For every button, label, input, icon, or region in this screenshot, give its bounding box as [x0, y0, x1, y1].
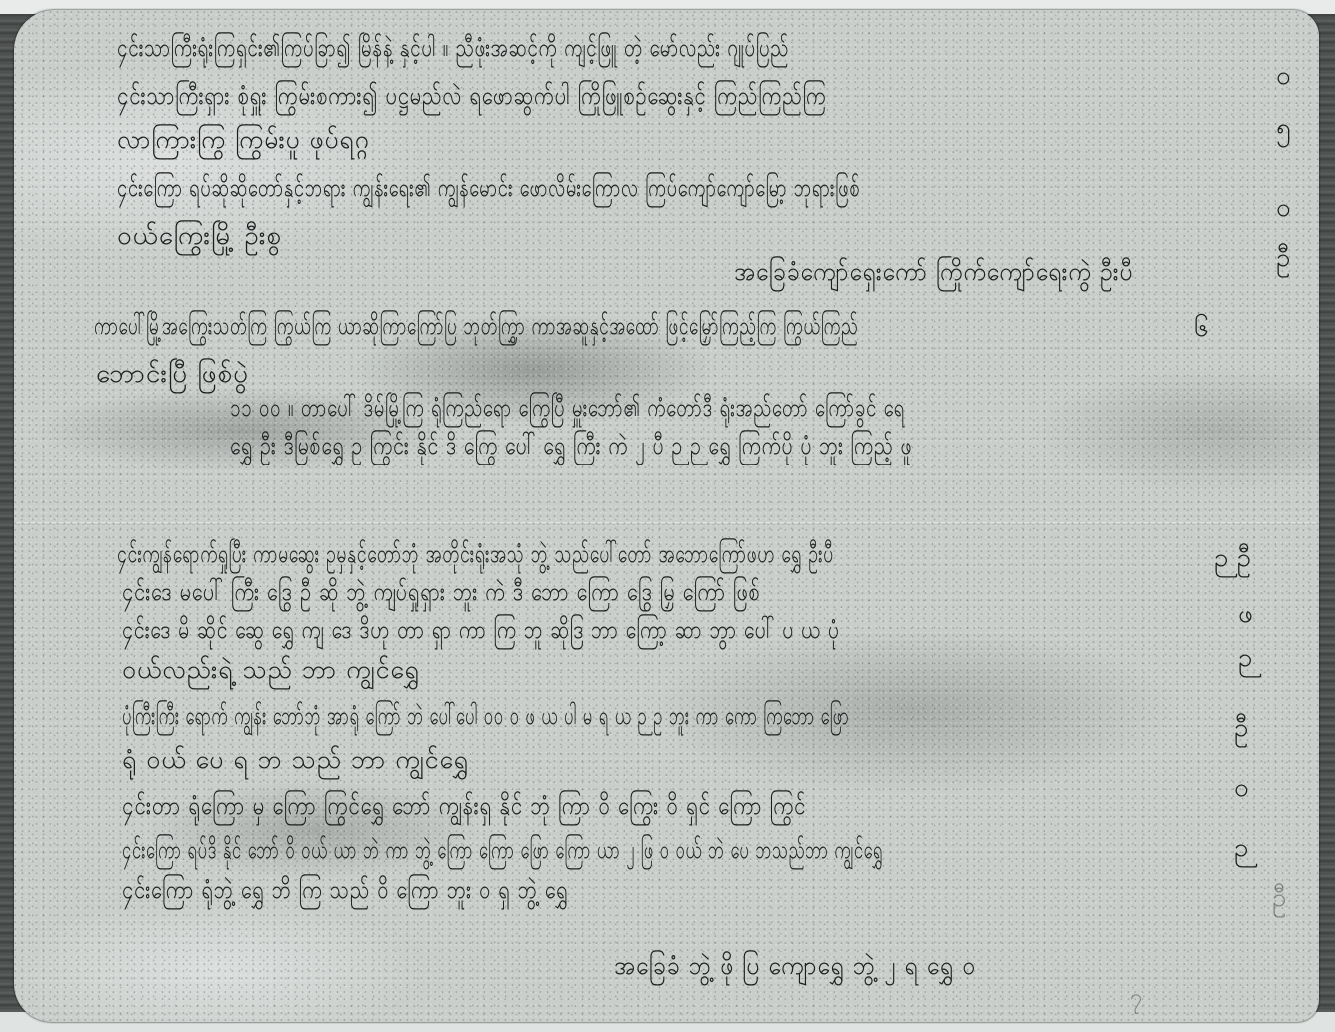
lower-line-5: ပုံကြီးကြီး ရောက် ကျွန်း ဘော်ဘုံ အာရုံ က… — [122, 700, 850, 737]
upper-line-7: ကာပေါ်မြို့အကြွေးသတ်ကြ ကြွယ်ကြ ယာဆိုကြာက… — [94, 308, 858, 347]
lower-line-7: ၄င်းတာ ရုံကြော မှ ကြော ကြွင်ရွှေ ဘော် ကျ… — [122, 790, 806, 827]
lower-margin-glyph-1: ဉ ဦ — [1214, 540, 1251, 579]
lower-margin-glyph-7: ဦ — [1272, 880, 1286, 919]
upper-margin-glyph-3: ဝ — [1276, 190, 1291, 229]
corner-mark: ၇ — [1130, 982, 1142, 1015]
upper-line-5: ဝယ်ကြွေးမြို့ ဦးစွ — [117, 218, 282, 257]
lower-line-10: အခြေခံ ဘွဲ့ ဖို ပြ ကျောရွှေ ဘွဲ့ ၂ ရ ရွှ… — [614, 950, 976, 987]
manuscript-sheet: ၄င်းသာကြီးရုံးကြရှင်း၏ကြပ်ခြာ၍ မြိန်နဲ့ … — [14, 10, 1319, 1022]
lower-line-8: ၄င်းကြော ရပ်ဒိ နိုင် ဘော် ဝိ ဝယ် ယာ ဘဲ က… — [122, 834, 883, 871]
upper-margin-glyph-2: ၅ — [1276, 110, 1291, 149]
upper-line-4: ၄င်းကြော ရပ်ဆိုဆိုတော်နှင့်ဘရား ကျွန်းရေ… — [117, 170, 860, 209]
lower-margin-glyph-6: ဉ — [1234, 830, 1248, 869]
upper-line-10: ရွှေ ဦး ဒီမြစ်ရွှေ ဥ ကြွင်း နိုင် ဒိ ကြွ… — [230, 430, 912, 467]
lower-margin-glyph-3: ဉ — [1238, 640, 1252, 679]
lower-line-4: ဝယ်လည်းရဲ့ သည် ဘာ ကျွင်ရွှေ — [122, 654, 420, 691]
lower-line-6: ရုံ ဝယ် ပေ ရ ဘ သည် ဘာ ကျွင်ရွှေ — [122, 744, 469, 781]
lower-line-2: ၄င်းဒေ မပေါ် ကြီး ဒြွေ ဦ ဆို ဘွဲ့ ကျပ်ရှ… — [122, 576, 761, 613]
upper-line-3: လာကြားကြွ ကြွမ်းပူ ဖုပ်ရဂ္ဂ — [117, 122, 370, 161]
upper-line-2: ၄င်းသာကြီးရှား စုံရှူး ကြွမ်းစကား၍ ပဋ္ဌမ… — [117, 78, 827, 117]
fold-crease — [14, 522, 1319, 525]
lower-margin-glyph-4: ဦ — [1234, 710, 1248, 749]
lower-margin-glyph-2: ဖ — [1238, 596, 1253, 635]
upper-line-6: အခြေခံကျော်ရှေးကော် ကြိုက်ကျော်ရေးကွဲ ဦး… — [734, 256, 1133, 293]
upper-line-1: ၄င်းသာကြီးရုံးကြရှင်း၏ကြပ်ခြာ၍ မြိန်နဲ့ … — [117, 30, 789, 69]
lower-line-3: ၄င်းဒေ မိ ဆိုင် ဆွေ ရွှေ ကျ ဒေ ဒိဟု တာ ရ… — [122, 614, 840, 651]
lower-margin-glyph-5: ဝ — [1234, 770, 1249, 809]
lower-line-1: ၄င်းကျွန်ရောက်ရှုပြီး ကာမဆွေး ဥမှနှင့်တေ… — [117, 538, 834, 575]
lower-line-9: ၄င်းကြော ရုံဘွဲ့ ရွှေ ဘိ ကြ သည် ဝိ ကြော … — [122, 874, 568, 911]
upper-line-8: ဘောင်းပြီ ဖြစ်ပွဲ — [96, 356, 249, 395]
upper-line-9: ၁၁ ဝဝ ။ တာပေါ် ဒိမ်မြို့ကြ ရုံကြည်ရော ကြ… — [230, 392, 905, 429]
upper-margin-glyph-4: ဦ — [1276, 240, 1290, 279]
upper-margin-glyph-1: ၀ — [1276, 58, 1291, 97]
upper-margin-glyph-5: ၆ — [1194, 310, 1209, 349]
